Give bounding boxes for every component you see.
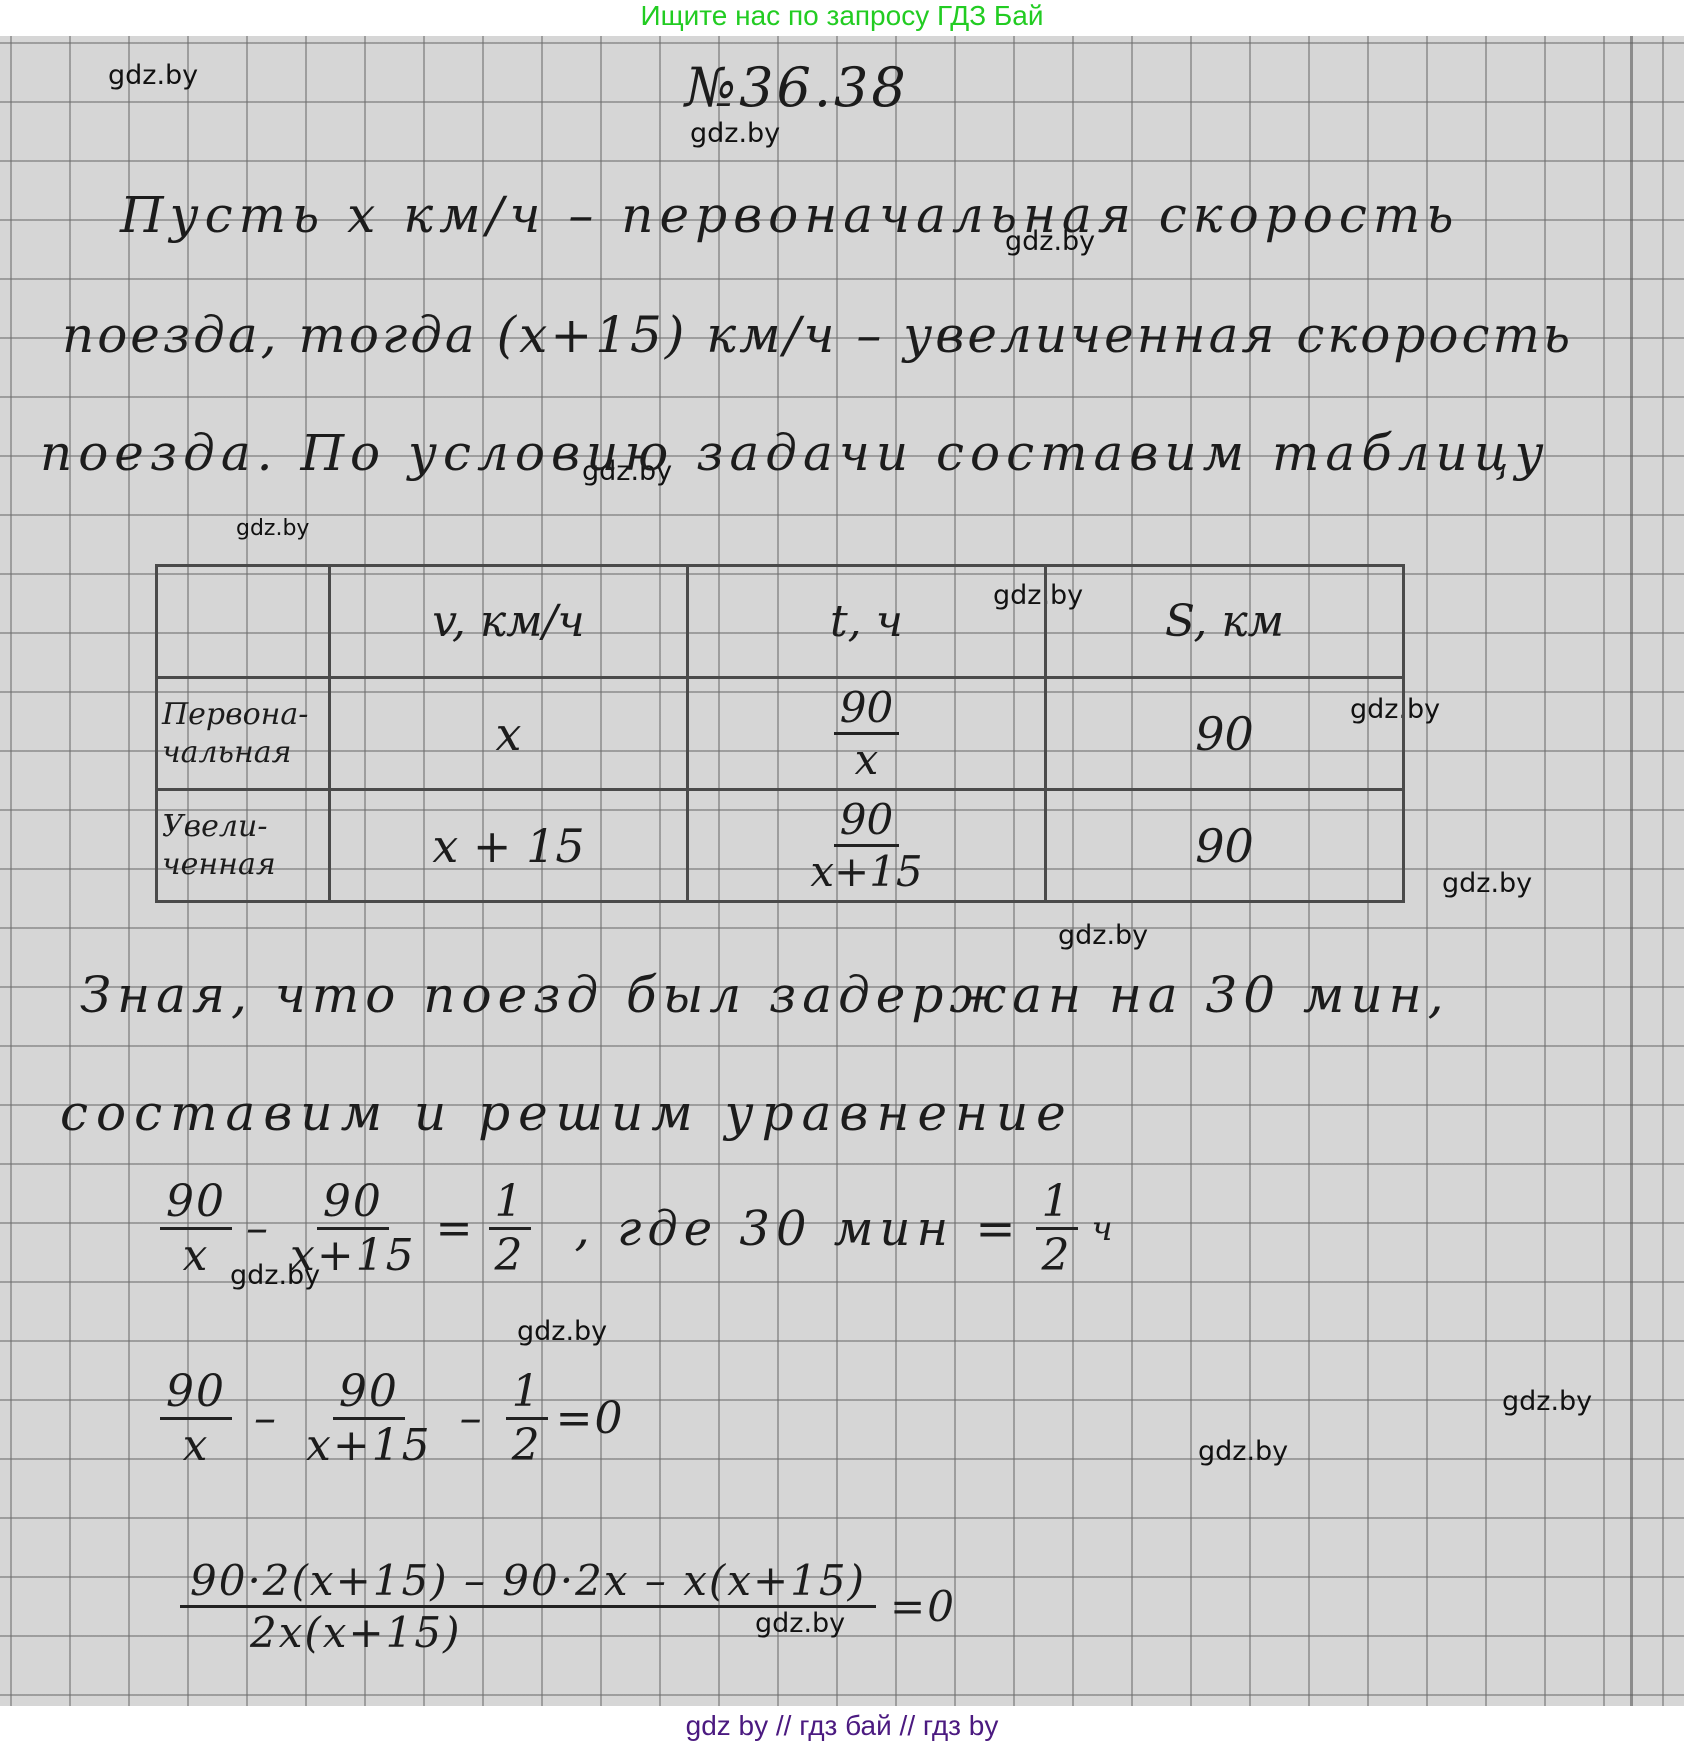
intro-line-2: поезда, тогда (x+15) км/ч – увеличенная … — [62, 306, 1573, 364]
operator: – — [254, 1393, 278, 1444]
equation-rhs: =0 — [890, 1582, 956, 1631]
equation-note: , где 30 мин = — [575, 1201, 1022, 1257]
fraction-denominator: x — [177, 1420, 216, 1471]
table-row: Увели- ченная x + 15 90x+15 90 — [157, 790, 1404, 902]
cell-time: 90x+15 — [688, 790, 1046, 902]
table-header-speed: v, км/ч — [330, 566, 688, 678]
fraction-denominator: 2 — [1036, 1230, 1078, 1281]
top-banner: Ищите нас по запросу ГДЗ Бай — [0, 0, 1684, 36]
row-label-line: чальная — [162, 734, 328, 772]
cell-speed: x + 15 — [330, 790, 688, 902]
equation-rhs: =0 — [556, 1393, 625, 1444]
motion-table: v, км/ч t, ч S, км Первона- чальная x 90… — [155, 564, 1405, 903]
fraction-numerator: 1 — [489, 1176, 531, 1230]
row-label: Увели- ченная — [157, 790, 330, 902]
cell-speed: x — [330, 678, 688, 790]
equation-3: 90·2(x+15) – 90·2x – x(x+15)2x(x+15) =0 — [180, 1556, 956, 1657]
fraction-numerator: 1 — [506, 1366, 548, 1420]
watermark: gdz.by — [1502, 1386, 1592, 1417]
watermark: gdz.by — [517, 1316, 607, 1347]
row-label: Первона- чальная — [157, 678, 330, 790]
cell-distance: 90 — [1046, 790, 1404, 902]
unit: ч — [1092, 1209, 1115, 1249]
fraction-numerator: 90·2(x+15) – 90·2x – x(x+15) — [180, 1556, 876, 1608]
fraction-numerator: 90 — [333, 1366, 405, 1420]
fraction-numerator: 90 — [834, 683, 899, 735]
row-label-line: Первона- — [162, 696, 328, 734]
watermark: gdz.by — [236, 516, 309, 541]
fraction-numerator: 90 — [317, 1176, 389, 1230]
fraction-denominator: x — [177, 1230, 216, 1281]
watermark: gdz.by — [1442, 868, 1532, 899]
operator: = — [436, 1203, 475, 1254]
notebook-page: gdz.by gdz.by gdz.by gdz.by gdz.by gdz.b… — [0, 36, 1684, 1706]
fraction-denominator: 2 — [506, 1420, 548, 1471]
fraction-denominator: 2x(x+15) — [180, 1608, 468, 1657]
operator: – — [246, 1203, 270, 1254]
watermark: gdz.by — [1058, 920, 1148, 951]
operator: – — [460, 1393, 484, 1444]
margin-line — [1630, 36, 1633, 1706]
cell-time: 90x — [688, 678, 1046, 790]
equation-1: 90x – 90x+15 = 12 , где 30 мин = 12 ч — [160, 1176, 1115, 1281]
fraction-denominator: 2 — [489, 1230, 531, 1281]
equation-2: 90x – 90x+15 – 12 =0 — [160, 1366, 625, 1471]
watermark: gdz.by — [108, 60, 198, 91]
table-header-empty — [157, 566, 330, 678]
fraction-numerator: 1 — [1036, 1176, 1078, 1230]
intro-line-3: поезда. По условию задачи составим табли… — [40, 424, 1550, 482]
text2-line-2: составим и решим уравнение — [60, 1084, 1074, 1142]
table-header-distance: S, км — [1046, 566, 1404, 678]
watermark: gdz.by — [690, 118, 780, 149]
table-row: Первона- чальная x 90x 90 — [157, 678, 1404, 790]
fraction-numerator: 90 — [834, 795, 899, 847]
problem-number: №36.38 — [685, 56, 909, 119]
table-header-time: t, ч — [688, 566, 1046, 678]
fraction-numerator: 90 — [160, 1176, 232, 1230]
fraction-denominator: x+15 — [804, 847, 928, 896]
fraction-denominator: x — [849, 735, 885, 784]
row-label-line: ченная — [162, 846, 328, 884]
fraction-denominator: x+15 — [284, 1230, 422, 1281]
fraction-denominator: x+15 — [300, 1420, 438, 1471]
watermark: gdz.by — [1198, 1436, 1288, 1467]
text2-line-1: Зная, что поезд был задержан на 30 мин, — [80, 966, 1450, 1024]
fraction-numerator: 90 — [160, 1366, 232, 1420]
cell-distance: 90 — [1046, 678, 1404, 790]
intro-line-1: Пусть x км/ч – первоначальная скорость — [120, 186, 1459, 244]
bottom-banner: gdz by // гдз бай // гдз by — [0, 1708, 1684, 1744]
row-label-line: Увели- — [162, 808, 328, 846]
